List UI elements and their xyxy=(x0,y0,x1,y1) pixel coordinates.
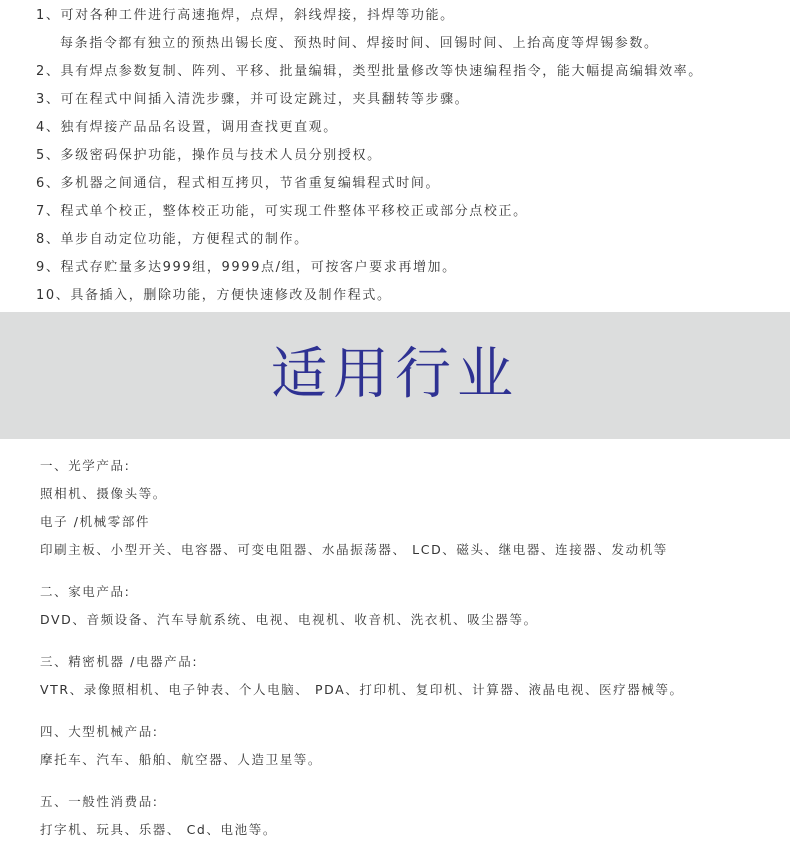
feature-item-10: 10、具备插入，删除功能，方便快速修改及制作程式。 xyxy=(36,288,392,304)
industry-heading-precision: 三、精密机器 /电器产品: xyxy=(40,654,198,670)
feature-item-5: 5、多级密码保护功能，操作员与技术人员分别授权。 xyxy=(36,148,382,164)
industry-heading-optical: 一、光学产品: xyxy=(40,458,130,474)
industry-heading-machinery: 四、大型机械产品: xyxy=(40,724,159,740)
feature-item-4: 4、独有焊接产品品名设置，调用查找更直观。 xyxy=(36,120,338,136)
section-title: 适用行业 xyxy=(0,340,790,410)
feature-item-6: 6、多机器之间通信，程式相互拷贝，节省重复编辑程式时间。 xyxy=(36,176,440,192)
industry-line: 电子 /机械零部件 xyxy=(40,514,150,530)
feature-item-9: 9、程式存贮量多达999组，9999点/组，可按客户要求再增加。 xyxy=(36,260,457,276)
section-banner: 适用行业 xyxy=(0,312,790,439)
industry-line: 摩托车、汽车、船舶、航空器、人造卫星等。 xyxy=(40,752,322,768)
feature-item-3: 3、可在程式中间插入清洗步骤，并可设定跳过，夹具翻转等步骤。 xyxy=(36,92,469,108)
feature-item-1: 1、可对各种工件进行高速拖焊，点焊，斜线焊接，抖焊等功能。 xyxy=(36,8,455,24)
feature-item-2: 2、具有焊点参数复制、阵列、平移、批量编辑，类型批量修改等快速编程指令，能大幅提… xyxy=(36,64,703,80)
feature-item-8: 8、单步自动定位功能，方便程式的制作。 xyxy=(36,232,309,248)
industry-line: 印刷主板、小型开关、电容器、可变电阻器、水晶振荡器、 LCD、磁头、继电器、连接… xyxy=(40,542,668,558)
industry-heading-consumer: 五、一般性消费品: xyxy=(40,794,159,810)
feature-item-1-detail: 每条指令都有独立的预热出锡长度、预热时间、焊接时间、回锡时间、上抬高度等焊锡参数… xyxy=(60,36,659,52)
industry-heading-appliances: 二、家电产品: xyxy=(40,584,130,600)
industry-line: VTR、录像照相机、电子钟表、个人电脑、 PDA、打印机、复印机、计算器、液晶电… xyxy=(40,682,684,698)
feature-item-7: 7、程式单个校正，整体校正功能，可实现工件整体平移校正或部分点校正。 xyxy=(36,204,528,220)
industry-line: 打字机、玩具、乐器、 Cd、电池等。 xyxy=(40,822,277,838)
industry-line: 照相机、摄像头等。 xyxy=(40,486,167,502)
industry-line: DVD、音频设备、汽车导航系统、电视、电视机、收音机、洗衣机、吸尘器等。 xyxy=(40,612,538,628)
